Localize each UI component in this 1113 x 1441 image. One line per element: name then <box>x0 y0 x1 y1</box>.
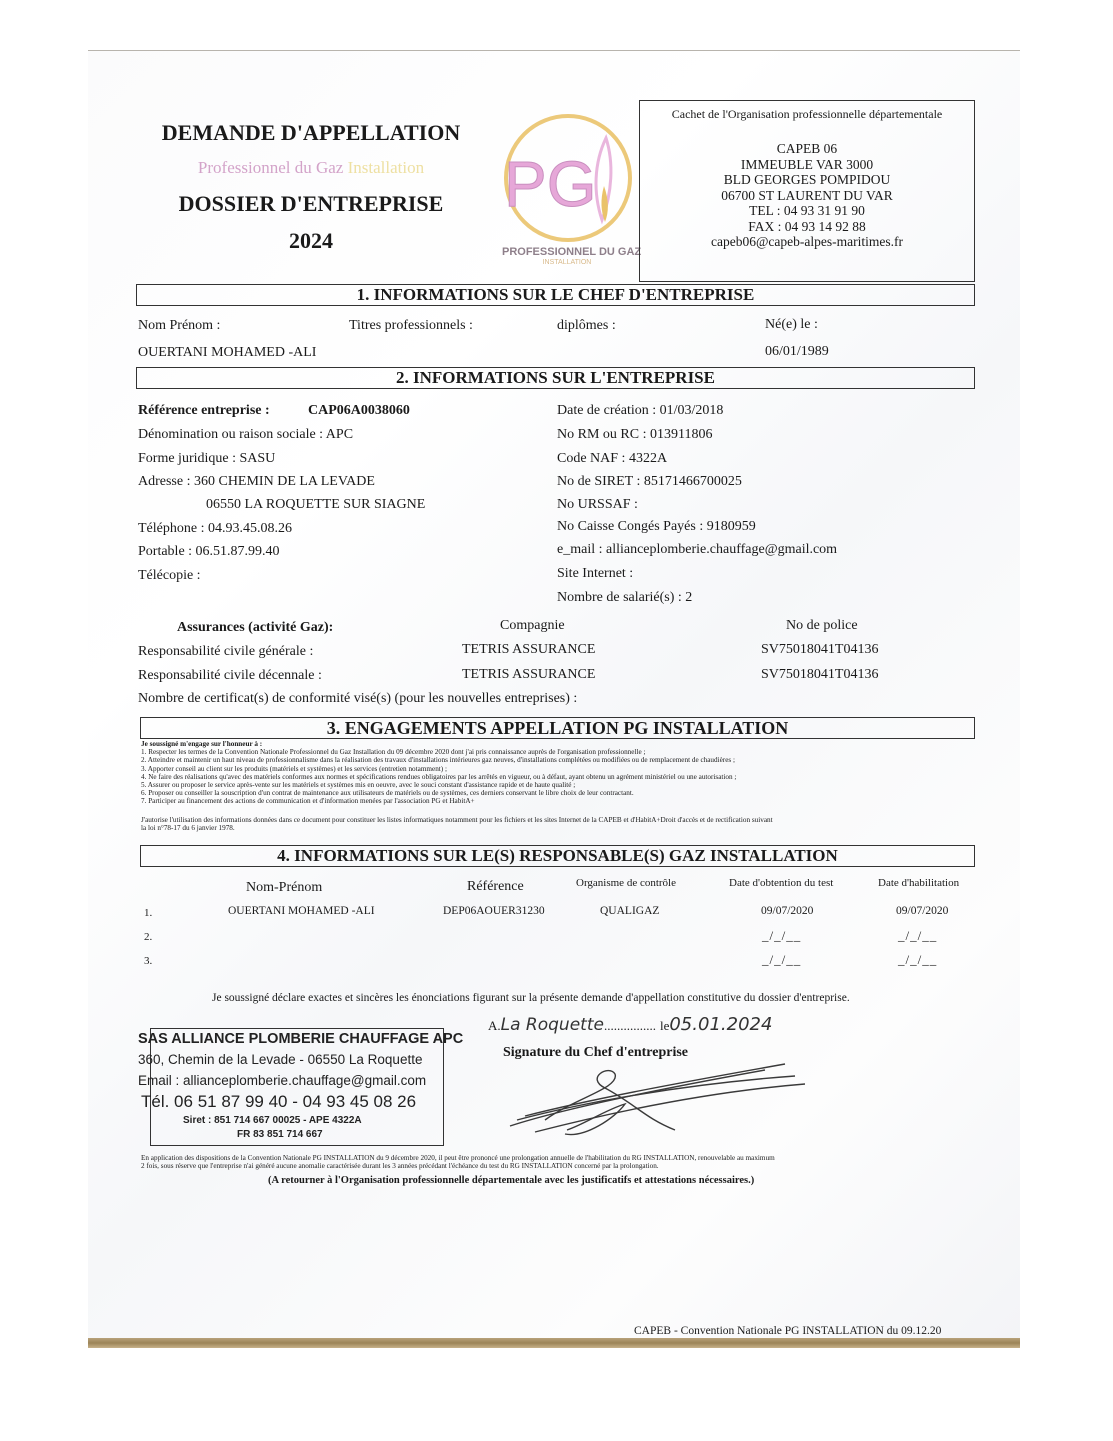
section-2-heading: 2. INFORMATIONS SUR L'ENTREPRISE <box>136 367 975 389</box>
company-field: Téléphone : 04.93.45.08.26 <box>138 521 292 537</box>
insurance-heading: Assurances (activité Gaz): <box>177 620 333 636</box>
company-stamp-address: 360, Chemin de la Levade - 06550 La Roqu… <box>138 1052 422 1067</box>
responsible-row-number: 1. <box>144 907 152 919</box>
responsible-name: OUERTANI MOHAMED -ALI <box>228 905 375 917</box>
org-line: TEL : 04 93 31 91 90 <box>640 203 974 219</box>
responsible-habilitation-date: 09/07/2020 <box>896 905 948 917</box>
responsible-row-number: 3. <box>144 955 152 967</box>
col-header-habilitation-date: Date d'habilitation <box>878 877 959 889</box>
company-stamp-name: SAS ALLIANCE PLOMBERIE CHAUFFAGE APC <box>138 1031 463 1047</box>
return-note: (A retourner à l'Organisation profession… <box>268 1175 754 1186</box>
company-field: Adresse : 360 CHEMIN DE LA LEVADE <box>138 474 375 490</box>
responsible-row-number: 2. <box>144 931 152 943</box>
form-title: DEMANDE D'APPELLATION <box>141 120 481 146</box>
responsible-test-date-blank: _/_/__ <box>762 928 801 944</box>
form-subtitle: Professionnel du Gaz Installation <box>141 158 481 178</box>
responsible-test-date: 09/07/2020 <box>761 905 813 917</box>
company-stamp-phone: Tél. 06 51 87 99 40 - 04 93 45 08 26 <box>141 1092 416 1112</box>
responsible-habilitation-date-blank: _/_/__ <box>898 928 937 944</box>
authorization-text: la loi n°78-17 du 6 janvier 1978. <box>141 825 235 833</box>
dots: ................ <box>604 1018 656 1033</box>
company-field: Forme juridique : SASU <box>138 451 275 467</box>
org-line: 06700 ST LAURENT DU VAR <box>640 188 974 204</box>
org-line: CAPEB 06 <box>640 141 974 157</box>
label-born: Né(e) le : <box>765 317 818 333</box>
col-header-reference: Référence <box>467 879 524 895</box>
company-field: No de SIRET : 85171466700025 <box>557 474 742 490</box>
company-field: Site Internet : <box>557 566 633 582</box>
label-reference: Référence entreprise : <box>138 403 270 419</box>
pg-flame-logo-icon: PG <box>498 108 632 248</box>
company-stamp-siret: Siret : 851 714 667 00025 - APE 4322A <box>183 1115 362 1126</box>
insurance-row-company: TETRIS ASSURANCE <box>462 667 595 683</box>
org-stamp-box: Cachet de l'Organisation professionnelle… <box>639 100 975 282</box>
form-title-dossier: DOSSIER D'ENTREPRISE <box>141 191 481 217</box>
pg-logo: PG PROFESSIONNEL DU GAZ INSTALLATION <box>498 108 632 273</box>
responsible-organisme: QUALIGAZ <box>600 905 659 917</box>
declaration-place-date: A.La Roquette................le05.01.202… <box>488 1014 772 1035</box>
place-handwritten: La Roquette <box>501 1015 604 1035</box>
section-3-heading: 3. ENGAGEMENTS APPELLATION PG INSTALLATI… <box>140 717 975 739</box>
date-handwritten: 05.01.2024 <box>669 1014 772 1035</box>
insurance-col-policy: No de police <box>786 618 858 634</box>
col-header-test-date: Date d'obtention du test <box>729 877 833 889</box>
company-stamp-vat: FR 83 851 714 667 <box>237 1129 323 1140</box>
subtitle-yellow: Installation <box>348 158 424 177</box>
responsible-habilitation-date-blank: _/_/__ <box>898 952 937 968</box>
company-field: Dénomination ou raison sociale : APC <box>138 427 353 443</box>
company-field: No Caisse Congés Payés : 9180959 <box>557 519 756 535</box>
company-field: No RM ou RC : 013911806 <box>557 427 712 443</box>
engagement-item: 2. Atteindre et maintenir un haut niveau… <box>141 757 735 765</box>
insurance-row-company: TETRIS ASSURANCE <box>462 642 595 658</box>
label-diplomas: diplômes : <box>557 318 616 334</box>
chief-name: OUERTANI MOHAMED -ALI <box>138 345 316 361</box>
engagement-item: 7. Participer au financement des actions… <box>141 798 475 806</box>
section-1-heading: 1. INFORMATIONS SUR LE CHEF D'ENTREPRISE <box>136 284 975 306</box>
org-line: capeb06@capeb-alpes-maritimes.fr <box>640 234 974 250</box>
org-line: FAX : 04 93 14 92 88 <box>640 219 974 235</box>
date-prefix: le <box>660 1018 669 1033</box>
company-field: 06550 LA ROQUETTE SUR SIAGNE <box>206 497 425 513</box>
certificates-label: Nombre de certificat(s) de conformité vi… <box>138 691 577 707</box>
company-field: Nombre de salarié(s) : 2 <box>557 590 692 606</box>
insurance-row-policy: SV75018041T04136 <box>761 642 878 658</box>
insurance-row-label: Responsabilité civile générale : <box>138 644 313 660</box>
org-line: IMMEUBLE VAR 3000 <box>640 157 974 173</box>
section-4-heading: 4. INFORMATIONS SUR LE(S) RESPONSABLE(S)… <box>140 845 975 867</box>
responsible-reference: DEP06AOUER31230 <box>443 905 545 917</box>
company-field: Date de création : 01/03/2018 <box>557 403 723 419</box>
form-year: 2024 <box>141 228 481 254</box>
svg-text:PG: PG <box>504 148 596 220</box>
authorization-text: J'autorise l'utilisation des information… <box>141 817 773 825</box>
logo-subcaption: INSTALLATION <box>502 259 632 266</box>
org-line: BLD GEORGES POMPIDOU <box>640 172 974 188</box>
company-field: Portable : 06.51.87.99.40 <box>138 544 280 560</box>
declaration-text: Je soussigné déclare exactes et sincères… <box>212 992 850 1004</box>
insurance-col-company: Compagnie <box>500 618 565 634</box>
company-field: e_mail : allianceplomberie.chauffage@gma… <box>557 542 837 558</box>
subtitle-pink: Professionnel du Gaz <box>198 158 348 177</box>
place-prefix: A. <box>488 1018 501 1033</box>
company-field: Télécopie : <box>138 568 201 584</box>
signature-scribble-icon <box>505 1058 805 1138</box>
insurance-row-policy: SV75018041T04136 <box>761 667 878 683</box>
page-footer: CAPEB - Convention Nationale PG INSTALLA… <box>634 1325 941 1337</box>
chief-birthdate: 06/01/1989 <box>765 344 829 360</box>
company-field: No URSSAF : <box>557 497 638 513</box>
col-header-name: Nom-Prénom <box>246 880 322 896</box>
org-stamp-address: CAPEB 06 IMMEUBLE VAR 3000 BLD GEORGES P… <box>640 141 974 250</box>
logo-caption: PROFESSIONNEL DU GAZ <box>502 246 632 258</box>
company-stamp-email: Email : allianceplomberie.chauffage@gmai… <box>138 1073 426 1088</box>
company-reference: CAP06A0038060 <box>308 403 410 419</box>
org-stamp-caption: Cachet de l'Organisation professionnelle… <box>640 107 974 122</box>
company-field: Code NAF : 4322A <box>557 451 667 467</box>
label-titles: Titres professionnels : <box>349 318 473 334</box>
col-header-organisme: Organisme de contrôle <box>576 877 676 889</box>
responsible-test-date-blank: _/_/__ <box>762 952 801 968</box>
prolongation-note: 2 fois, sous réserve que l'entreprise n'… <box>141 1163 659 1171</box>
label-name: Nom Prénom : <box>138 318 220 334</box>
paper-bottom-edge <box>88 1338 1020 1348</box>
insurance-row-label: Responsabilité civile décennale : <box>138 668 322 684</box>
